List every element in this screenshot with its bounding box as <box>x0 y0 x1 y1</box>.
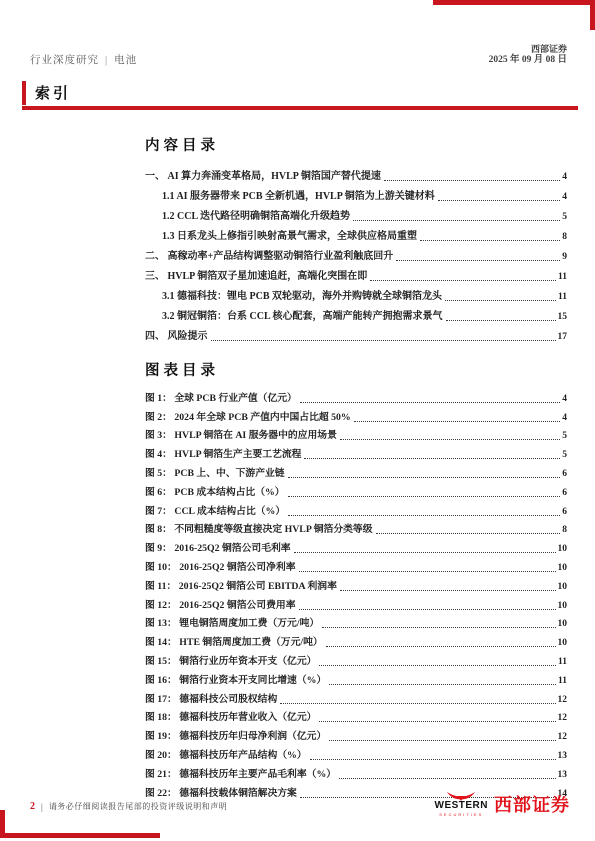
dotted-leader <box>322 627 555 628</box>
content-column: 内容目录 一、 AI 算力奔涌变革格局，HVLP 铜箔国产替代提速 4 1.1 … <box>145 137 567 802</box>
header-brand-block: 西部证券 2025 年 09 月 08 日 <box>489 44 567 67</box>
index-accent-bar <box>22 81 26 105</box>
index-section: 索引 <box>22 81 578 110</box>
entry-page-number: 6 <box>562 486 567 501</box>
footer-disclaimer-block: 2 | 请务必仔细阅读报告尾部的投资评级说明和声明 <box>30 801 227 812</box>
dotted-leader <box>288 515 560 516</box>
figure-entry[interactable]: 图 4： HVLP 铜箔生产主要工艺流程 5 <box>145 444 567 463</box>
entry-label: 图 14： HTE 铜箔周度加工费（万元/吨） <box>145 636 323 651</box>
dotted-leader <box>396 260 560 261</box>
toc-entry[interactable]: 3.2 铜冠铜箔：台系 CCL 核心配套，高端产能转产拥抱需求景气 15 <box>145 305 567 325</box>
toc-entry[interactable]: 二、 高稼动率+产品结构调整驱动铜箔行业盈利触底回升 9 <box>145 245 567 265</box>
entry-label: 图 4： HVLP 铜箔生产主要工艺流程 <box>145 448 301 463</box>
toc-entry[interactable]: 1.1 AI 服务器带来 PCB 全新机遇，HVLP 铜箔为上游关键材料 4 <box>145 185 567 205</box>
dotted-leader <box>339 778 555 779</box>
entry-label: 二、 高稼动率+产品结构调整驱动铜箔行业盈利触底回升 <box>145 250 393 265</box>
toc-entry[interactable]: 1.3 日系龙头上修指引映射高景气需求，全球供应格局重塑 8 <box>145 225 567 245</box>
category-label: 行业深度研究 <box>30 55 99 66</box>
entry-label: 1.3 日系龙头上修指引映射高景气需求，全球供应格局重塑 <box>162 230 417 245</box>
entry-page-number: 13 <box>558 768 568 783</box>
entry-label: 3.2 铜冠铜箔：台系 CCL 核心配套，高端产能转产拥抱需求景气 <box>162 310 443 325</box>
dotted-leader <box>211 340 556 341</box>
logo-chinese-name: 西部证券 <box>494 791 570 817</box>
entry-page-number: 10 <box>558 580 568 595</box>
figure-entry[interactable]: 图 13： 锂电铜箔周度加工费（万元/吨） 10 <box>145 614 567 633</box>
dotted-leader <box>299 571 556 572</box>
entry-page-number: 17 <box>558 330 568 345</box>
entry-page-number: 13 <box>558 749 568 764</box>
report-page: 行业深度研究|电池 西部证券 2025 年 09 月 08 日 索引 内容目录 … <box>0 0 595 841</box>
toc-entry[interactable]: 1.2 CCL 迭代路径明确铜箔高端化升级趋势 5 <box>145 205 567 225</box>
figure-entry[interactable]: 图 16： 铜箔行业资本开支同比增速（%） 11 <box>145 670 567 689</box>
dotted-leader <box>288 477 561 478</box>
figure-entry[interactable]: 图 14： HTE 铜箔周度加工费（万元/吨） 10 <box>145 632 567 651</box>
figure-entry[interactable]: 图 21： 德福科技历年主要产品毛利率（%） 13 <box>145 764 567 783</box>
figure-entry[interactable]: 图 2： 2024 年全球 PCB 产值内中国占比超 50% 4 <box>145 407 567 426</box>
figure-entry[interactable]: 图 12： 2016-25Q2 铜箔公司费用率 10 <box>145 595 567 614</box>
entry-page-number: 6 <box>562 467 567 482</box>
page-header: 行业深度研究|电池 西部证券 2025 年 09 月 08 日 <box>30 44 567 67</box>
entry-page-number: 4 <box>562 170 567 185</box>
top-right-accent-bar <box>433 0 595 5</box>
entry-label: 图 20： 德福科技历年产品结构（%） <box>145 749 307 764</box>
entry-label: 图 8： 不同粗糙度等级直接决定 HVLP 铜箔分类等级 <box>145 523 373 538</box>
contents-directory-title: 内容目录 <box>145 137 567 155</box>
entry-label: 图 10： 2016-25Q2 铜箔公司净利率 <box>145 561 296 576</box>
entry-page-number: 10 <box>558 599 568 614</box>
entry-label: 图 3： HVLP 铜箔在 AI 服务器中的应用场景 <box>145 429 337 444</box>
figure-entry[interactable]: 图 11： 2016-25Q2 铜箔公司 EBITDA 利润率 10 <box>145 576 567 595</box>
index-title-row: 索引 <box>22 81 578 105</box>
toc-entry[interactable]: 三、 HVLP 铜箔双子星加速追赶，高端化突围在即 11 <box>145 265 567 285</box>
entry-label: 1.2 CCL 迭代路径明确铜箔高端化升级趋势 <box>162 210 350 225</box>
logo-english-subtitle: SECURITIES <box>435 812 489 817</box>
entry-page-number: 12 <box>558 730 568 745</box>
dotted-leader <box>326 646 556 647</box>
dotted-leader <box>304 458 560 459</box>
entry-label: 图 21： 德福科技历年主要产品毛利率（%） <box>145 768 336 783</box>
entry-label: 图 13： 锂电铜箔周度加工费（万元/吨） <box>145 617 319 632</box>
entry-label: 图 7： CCL 成本结构占比（%） <box>145 505 285 520</box>
figure-entry[interactable]: 图 1： 全球 PCB 行业产值（亿元） 4 <box>145 388 567 407</box>
dotted-leader <box>294 552 556 553</box>
dotted-leader <box>299 609 556 610</box>
logo-english-name: WESTERN <box>435 800 489 811</box>
figure-entry[interactable]: 图 10： 2016-25Q2 铜箔公司净利率 10 <box>145 557 567 576</box>
dotted-leader <box>288 496 561 497</box>
entry-label: 四、 风险提示 <box>145 330 208 345</box>
entry-page-number: 11 <box>558 290 567 305</box>
entry-page-number: 6 <box>562 505 567 520</box>
entry-page-number: 11 <box>558 674 567 689</box>
entry-label: 三、 HVLP 铜箔双子星加速追赶，高端化突围在即 <box>145 270 367 285</box>
footer-divider: | <box>41 802 43 812</box>
figure-entry[interactable]: 图 3： HVLP 铜箔在 AI 服务器中的应用场景 5 <box>145 426 567 445</box>
dotted-leader <box>370 280 556 281</box>
entry-page-number: 11 <box>558 655 567 670</box>
dotted-leader <box>329 740 555 741</box>
dotted-leader <box>354 421 561 422</box>
entry-label: 图 1： 全球 PCB 行业产值（亿元） <box>145 392 297 407</box>
figures-list: 图 1： 全球 PCB 行业产值（亿元） 4 图 2： 2024 年全球 PCB… <box>145 388 567 802</box>
entry-label: 图 5： PCB 上、中、下游产业链 <box>145 467 285 482</box>
entry-page-number: 8 <box>562 230 567 245</box>
entry-page-number: 5 <box>562 429 567 444</box>
dotted-leader <box>376 533 561 534</box>
figure-entry[interactable]: 图 18： 德福科技历年营业收入（亿元） 12 <box>145 708 567 727</box>
dotted-leader <box>340 590 556 591</box>
entry-page-number: 10 <box>558 542 568 557</box>
entry-label: 图 22： 德福科技载体铜箔解决方案 <box>145 787 297 802</box>
figure-entry[interactable]: 图 5： PCB 上、中、下游产业链 6 <box>145 463 567 482</box>
dotted-leader <box>384 180 560 181</box>
dotted-leader <box>319 665 556 666</box>
entry-page-number: 4 <box>562 411 567 426</box>
entry-page-number: 5 <box>562 210 567 225</box>
index-underline <box>22 106 578 110</box>
dotted-leader <box>280 703 555 704</box>
entry-page-number: 9 <box>562 250 567 265</box>
entry-page-number: 5 <box>562 448 567 463</box>
figure-entry[interactable]: 图 9： 2016-25Q2 铜箔公司毛利率 10 <box>145 538 567 557</box>
figure-entry[interactable]: 图 6： PCB 成本结构占比（%） 6 <box>145 482 567 501</box>
entry-label: 一、 AI 算力奔涌变革格局，HVLP 铜箔国产替代提速 <box>145 170 381 185</box>
entry-page-number: 12 <box>558 693 568 708</box>
toc-entry[interactable]: 3.1 德福科技：锂电 PCB 双轮驱动，海外并购铸就全球铜箔龙头 11 <box>145 285 567 305</box>
dotted-leader <box>340 439 560 440</box>
bottom-left-accent-corner <box>0 810 5 838</box>
dotted-leader <box>438 200 560 201</box>
dotted-leader <box>319 721 555 722</box>
toc-entry[interactable]: 四、 风险提示 17 <box>145 325 567 345</box>
company-logo: WESTERN SECURITIES 西部证券 <box>435 791 571 817</box>
dotted-leader <box>329 684 556 685</box>
page-number: 2 <box>30 801 35 812</box>
entry-page-number: 4 <box>562 392 567 407</box>
figure-entry[interactable]: 图 19： 德福科技历年归母净利润（亿元） 12 <box>145 726 567 745</box>
entry-page-number: 10 <box>558 561 568 576</box>
dotted-leader <box>446 320 556 321</box>
dotted-leader <box>310 759 556 760</box>
entry-page-number: 10 <box>558 636 568 651</box>
entry-page-number: 10 <box>558 617 568 632</box>
figure-entry[interactable]: 图 8： 不同粗糙度等级直接决定 HVLP 铜箔分类等级 8 <box>145 520 567 539</box>
figure-entry[interactable]: 图 20： 德福科技历年产品结构（%） 13 <box>145 745 567 764</box>
dotted-leader <box>353 220 560 221</box>
entry-page-number: 4 <box>562 190 567 205</box>
figures-directory-title: 图表目录 <box>145 362 567 380</box>
report-date: 2025 年 09 月 08 日 <box>489 55 567 67</box>
category-separator: | <box>105 55 108 66</box>
entry-page-number: 12 <box>558 711 568 726</box>
entry-label: 图 16： 铜箔行业资本开支同比增速（%） <box>145 674 326 689</box>
entry-label: 图 9： 2016-25Q2 铜箔公司毛利率 <box>145 542 291 557</box>
dotted-leader <box>300 402 560 403</box>
entry-page-number: 15 <box>558 310 568 325</box>
footer-disclaimer-text: 请务必仔细阅读报告尾部的投资评级说明和声明 <box>49 801 228 812</box>
entry-page-number: 11 <box>558 270 567 285</box>
bottom-left-accent-bar <box>0 833 160 838</box>
toc-entry[interactable]: 一、 AI 算力奔涌变革格局，HVLP 铜箔国产替代提速 4 <box>145 165 567 185</box>
dotted-leader <box>445 300 556 301</box>
contents-list: 一、 AI 算力奔涌变革格局，HVLP 铜箔国产替代提速 4 1.1 AI 服务… <box>145 165 567 345</box>
top-right-accent-corner <box>590 0 595 30</box>
entry-label: 图 11： 2016-25Q2 铜箔公司 EBITDA 利润率 <box>145 580 337 595</box>
entry-label: 图 2： 2024 年全球 PCB 产值内中国占比超 50% <box>145 411 351 426</box>
figure-entry[interactable]: 图 15： 铜箔行业历年资本开支（亿元） 11 <box>145 651 567 670</box>
figure-entry[interactable]: 图 17： 德福科技公司股权结构 12 <box>145 689 567 708</box>
sector-label: 电池 <box>114 55 137 66</box>
entry-label: 1.1 AI 服务器带来 PCB 全新机遇，HVLP 铜箔为上游关键材料 <box>162 190 435 205</box>
entry-label: 图 17： 德福科技公司股权结构 <box>145 693 277 708</box>
entry-label: 图 6： PCB 成本结构占比（%） <box>145 486 285 501</box>
index-title: 索引 <box>35 82 71 103</box>
entry-label: 图 18： 德福科技历年营业收入（亿元） <box>145 711 316 726</box>
entry-label: 图 12： 2016-25Q2 铜箔公司费用率 <box>145 599 296 614</box>
entry-label: 图 15： 铜箔行业历年资本开支（亿元） <box>145 655 316 670</box>
bull-icon <box>446 791 476 801</box>
report-category: 行业深度研究|电池 <box>30 52 137 67</box>
dotted-leader <box>420 240 560 241</box>
entry-label: 图 19： 德福科技历年归母净利润（亿元） <box>145 730 326 745</box>
entry-label: 3.1 德福科技：锂电 PCB 双轮驱动，海外并购铸就全球铜箔龙头 <box>162 290 442 305</box>
brand-name: 西部证券 <box>489 44 567 55</box>
figure-entry[interactable]: 图 7： CCL 成本结构占比（%） 6 <box>145 501 567 520</box>
logo-western-block: WESTERN SECURITIES <box>435 792 489 817</box>
entry-page-number: 8 <box>562 523 567 538</box>
